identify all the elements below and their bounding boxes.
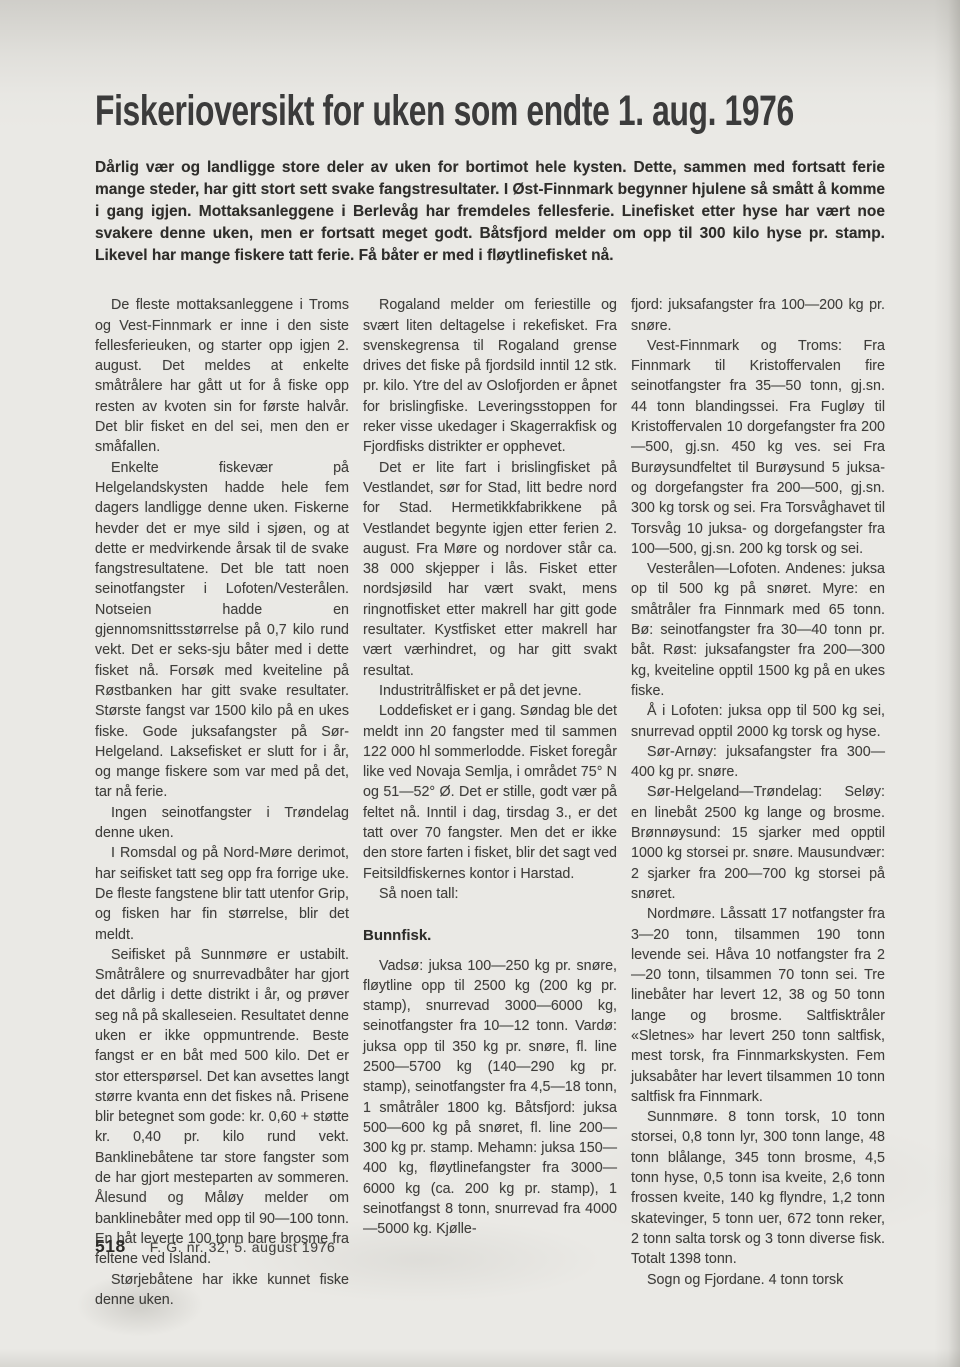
lead-paragraph: Dårlig vær og landligge store deler av u… <box>95 157 885 267</box>
paragraph: Så noen tall: <box>363 884 617 904</box>
page-footer: 518 F. G. nr. 32, 5. august 1976 <box>95 1236 335 1257</box>
paragraph: Størjebåtene har ikke kunnet fiske denne… <box>95 1270 349 1311</box>
paragraph: Sogn og Fjordane. 4 tonn torsk <box>631 1270 885 1290</box>
paragraph: Ingen seinotfangster i Trøndelag denne u… <box>95 803 349 844</box>
paragraph: Vesterålen—Lofoten. Andenes: juksa op ti… <box>631 559 885 701</box>
paragraph: De fleste mottaksanleggene i Troms og Ve… <box>95 295 349 457</box>
page-title: Fiskerioversikt for uken som endte 1. au… <box>95 88 680 135</box>
article-columns: De fleste mottaksanleggene i Troms og Ve… <box>95 295 885 1310</box>
paragraph: Nordmøre. Låssatt 17 notfangster fra 3—2… <box>631 904 885 1107</box>
paragraph: Vest-Finnmark og Troms: Fra Finnmark til… <box>631 336 885 559</box>
paragraph: Det er lite fart i brislingfisket på Ves… <box>363 458 617 681</box>
scanned-page: Fiskerioversikt for uken som endte 1. au… <box>0 0 960 1367</box>
paragraph: Sunnmøre. 8 tonn torsk, 10 tonn storsei,… <box>631 1107 885 1269</box>
section-heading: Bunnfisk. <box>363 926 617 946</box>
paragraph: Seifisket på Sunnmøre er ustabilt. Småtr… <box>95 945 349 1270</box>
paragraph: Vadsø: juksa 100—250 kg pr. snøre, fløyt… <box>363 956 617 1240</box>
paragraph: Å i Lofoten: juksa opp til 500 kg sei, s… <box>631 701 885 742</box>
paragraph: Loddefisket er i gang. Søndag ble det me… <box>363 701 617 884</box>
paragraph: Sør-Helgeland—Trøndelag: Seløy: en lineb… <box>631 782 885 904</box>
column-2: Rogaland melder om feriestille og svært … <box>363 295 617 1239</box>
paragraph: fjord: juksafangster fra 100—200 kg pr. … <box>631 295 885 336</box>
column-3: fjord: juksafangster fra 100—200 kg pr. … <box>631 295 885 1290</box>
paragraph: Enkelte fiskevær på Helgelandskysten had… <box>95 458 349 803</box>
paragraph: Industritrålfisket er på det jevne. <box>363 681 617 701</box>
page-content: Fiskerioversikt for uken som endte 1. au… <box>95 88 885 1310</box>
paragraph: Sør-Arnøy: juksafangster fra 300—400 kg … <box>631 742 885 783</box>
column-1: De fleste mottaksanleggene i Troms og Ve… <box>95 295 349 1310</box>
paragraph: I Romsdal og på Nord-Møre derimot, har s… <box>95 843 349 944</box>
paragraph: Rogaland melder om feriestille og svært … <box>363 295 617 457</box>
issue-info: F. G. nr. 32, 5. august 1976 <box>150 1239 336 1255</box>
page-number: 518 <box>95 1236 126 1257</box>
